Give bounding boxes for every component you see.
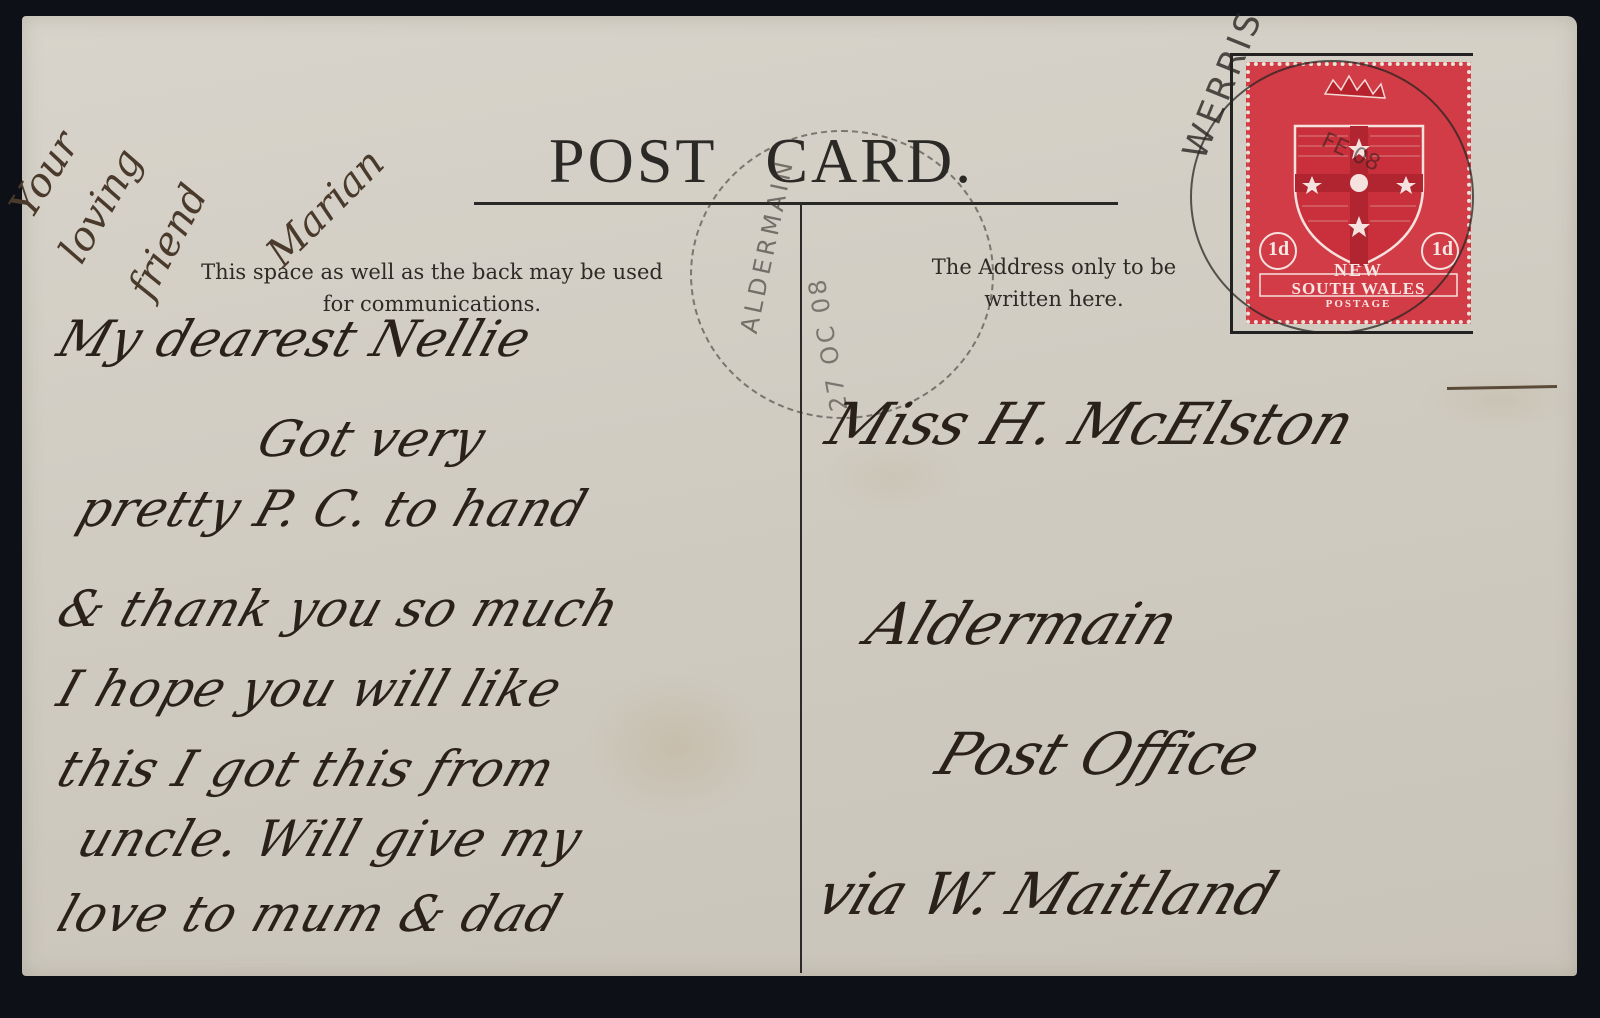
message-line: love to mum & dad xyxy=(51,885,570,943)
message-line: I hope you will like xyxy=(51,660,570,718)
address-line-office: Post Office xyxy=(928,720,1270,788)
message-line: Got very xyxy=(251,410,494,468)
instruction-left-line1: This space as well as the back may be us… xyxy=(122,256,742,288)
message-line: uncle. Will give my xyxy=(71,810,590,868)
address-line-town: Aldermain xyxy=(858,590,1188,658)
message-line: My dearest Nellie xyxy=(51,310,540,368)
address-line-via: via W. Maitland xyxy=(808,860,1287,928)
message-line: this I got this from xyxy=(51,740,563,798)
address-rule xyxy=(1447,385,1557,390)
message-line: & thank you so much xyxy=(51,580,628,638)
address-line-recipient: Miss H. McElston xyxy=(818,390,1364,458)
message-line: pretty P. C. to hand xyxy=(71,480,596,538)
